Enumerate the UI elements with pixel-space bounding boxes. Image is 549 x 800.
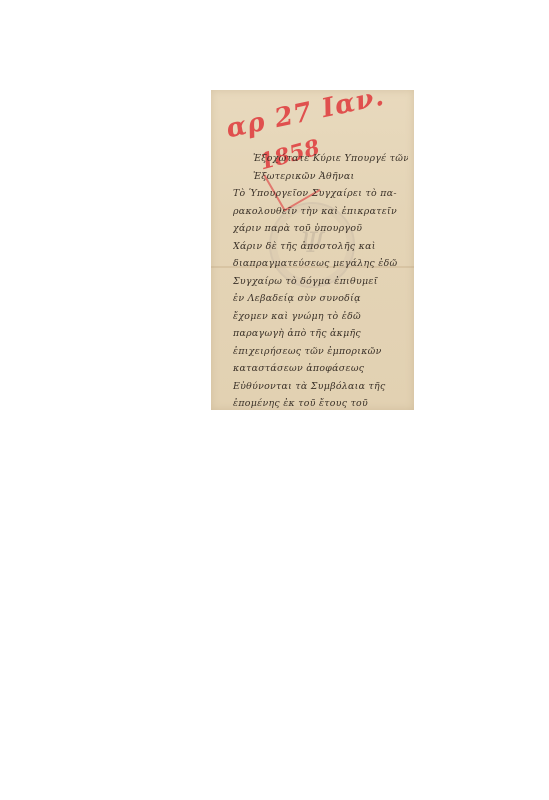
handwritten-line: παραγωγὴ ἀπὸ τῆς ἀκμῆς [233,325,408,343]
handwritten-line: καταστάσεων ἀποφάσεως [233,360,408,378]
handwritten-line: Ἐξοχώτατε Κύριε Υπουργέ τῶν [233,150,408,168]
handwritten-line: Χάριν δὲ τῆς ἀποστολῆς καὶ [233,238,408,256]
manuscript-page: Ψ αρ 27 Ιαν. 1858 Ἐξοχώτατε Κύριε Υπουργ… [211,90,414,410]
handwritten-line: Εὐθύνονται τὰ Συμβόλαια τῆς [233,378,408,396]
handwritten-line: ἔχομεν καὶ γνώμη τὸ ἐδῶ [233,308,408,326]
handwritten-line: χάριν παρὰ τοῦ ὑπουργοῦ [233,220,408,238]
handwritten-line: διαπραγματεύσεως μεγάλης ἐδῶ [233,255,408,273]
handwritten-line: ἐν Λεβαδείᾳ σὺν συνοδίᾳ [233,290,408,308]
handwritten-line: Τὸ Ὑπουργεῖον Συγχαίρει τὸ πα- [233,185,408,203]
handwritten-line: ρακολουθεῖν τὴν καὶ ἐπικρατεῖν [233,203,408,221]
handwritten-text-body: Ἐξοχώτατε Κύριε Υπουργέ τῶν Ἐξωτερικῶν Ἀ… [233,150,408,410]
handwritten-line: Ἐξωτερικῶν Ἀθῆναι [233,168,408,186]
handwritten-line: ἐπομένης ἐκ τοῦ ἔτους τοῦ [233,395,408,410]
handwritten-line: ἐπιχειρήσεως τῶν ἐμπορικῶν [233,343,408,361]
handwritten-line: Συγχαίρω τὸ δόγμα ἐπιθυμεῖ [233,273,408,291]
